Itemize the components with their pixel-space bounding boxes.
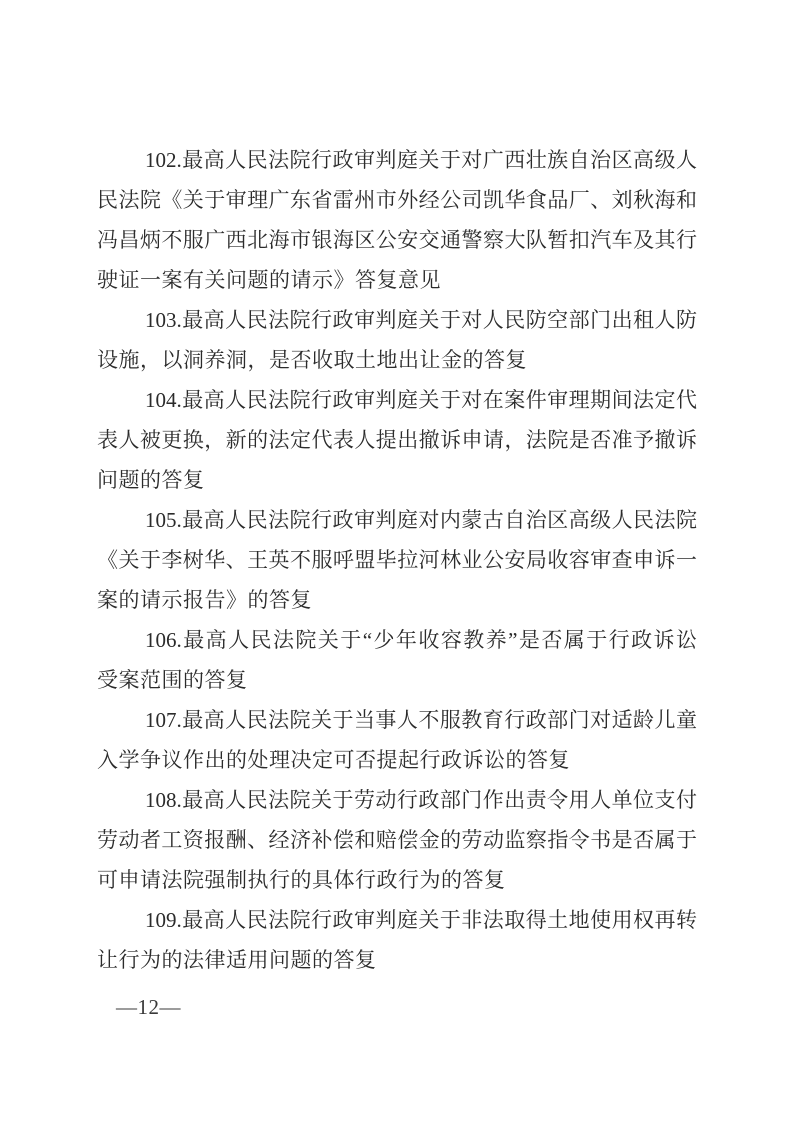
text-line: 表人被更换，新的法定代表人提出撤诉申请，法院是否准予撤诉 xyxy=(97,420,697,460)
text-line: 入学争议作出的处理决定可否提起行政诉讼的答复 xyxy=(97,740,697,780)
text-line: 问题的答复 xyxy=(97,460,697,500)
document-page: 102.最高人民法院行政审判庭关于对广西壮族自治区高级人民法院《关于审理广东省雷… xyxy=(0,0,793,1122)
list-item-109: 109.最高人民法院行政审判庭关于非法取得土地使用权再转让行为的法律适用问题的答… xyxy=(97,900,697,980)
text-line: 受案范围的答复 xyxy=(97,660,697,700)
text-line: 105.最高人民法院行政审判庭对内蒙古自治区高级人民法院 xyxy=(97,500,697,540)
text-line: 103.最高人民法院行政审判庭关于对人民防空部门出租人防 xyxy=(97,300,697,340)
text-line: 《关于李树华、王英不服呼盟毕拉河林业公安局收容审查申诉一 xyxy=(97,540,697,580)
document-body: 102.最高人民法院行政审判庭关于对广西壮族自治区高级人民法院《关于审理广东省雷… xyxy=(97,140,697,980)
page-number: —12— xyxy=(116,992,181,1022)
text-line: 民法院《关于审理广东省雷州市外经公司凯华食品厂、刘秋海和 xyxy=(97,180,697,220)
text-line: 冯昌炳不服广西北海市银海区公安交通警察大队暂扣汽车及其行 xyxy=(97,220,697,260)
list-item-108: 108.最高人民法院关于劳动行政部门作出责令用人单位支付劳动者工资报酬、经济补偿… xyxy=(97,780,697,900)
text-line: 109.最高人民法院行政审判庭关于非法取得土地使用权再转 xyxy=(97,900,697,940)
text-line: 驶证一案有关问题的请示》答复意见 xyxy=(97,260,697,300)
list-item-107: 107.最高人民法院关于当事人不服教育行政部门对适龄儿童入学争议作出的处理决定可… xyxy=(97,700,697,780)
list-item-103: 103.最高人民法院行政审判庭关于对人民防空部门出租人防设施，以洞养洞，是否收取… xyxy=(97,300,697,380)
list-item-104: 104.最高人民法院行政审判庭关于对在案件审理期间法定代表人被更换，新的法定代表… xyxy=(97,380,697,500)
text-line: 104.最高人民法院行政审判庭关于对在案件审理期间法定代 xyxy=(97,380,697,420)
list-item-102: 102.最高人民法院行政审判庭关于对广西壮族自治区高级人民法院《关于审理广东省雷… xyxy=(97,140,697,300)
text-line: 设施，以洞养洞，是否收取土地出让金的答复 xyxy=(97,340,697,380)
list-item-106: 106.最高人民法院关于“少年收容教养”是否属于行政诉讼受案范围的答复 xyxy=(97,620,697,700)
text-line: 劳动者工资报酬、经济补偿和赔偿金的劳动监察指令书是否属于 xyxy=(97,820,697,860)
text-line: 107.最高人民法院关于当事人不服教育行政部门对适龄儿童 xyxy=(97,700,697,740)
text-line: 案的请示报告》的答复 xyxy=(97,580,697,620)
text-line: 102.最高人民法院行政审判庭关于对广西壮族自治区高级人 xyxy=(97,140,697,180)
text-line: 可申请法院强制执行的具体行政行为的答复 xyxy=(97,860,697,900)
text-line: 106.最高人民法院关于“少年收容教养”是否属于行政诉讼 xyxy=(97,620,697,660)
list-item-105: 105.最高人民法院行政审判庭对内蒙古自治区高级人民法院《关于李树华、王英不服呼… xyxy=(97,500,697,620)
text-line: 108.最高人民法院关于劳动行政部门作出责令用人单位支付 xyxy=(97,780,697,820)
text-line: 让行为的法律适用问题的答复 xyxy=(97,940,697,980)
